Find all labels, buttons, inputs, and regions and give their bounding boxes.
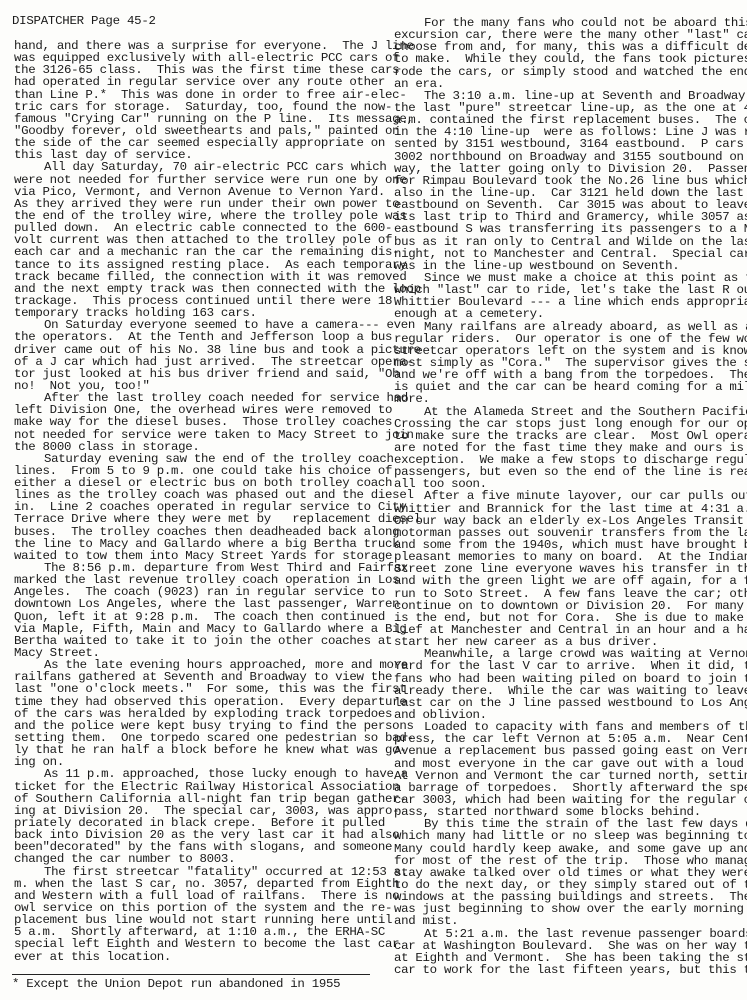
text-line: the 8000 class in storage. <box>14 441 374 453</box>
text-line: track became filled, the connection with… <box>14 271 374 283</box>
paragraph-start-line: The first streetcar "fatality" occurred … <box>14 866 374 878</box>
text-line: than Line P.* This was done in order to … <box>14 89 374 101</box>
text-line: enough at a cemetery. <box>394 308 744 320</box>
text-line: the operators. At the Tenth and Jefferso… <box>14 331 374 343</box>
text-line: Crossing the car stops just long enough … <box>394 418 744 430</box>
text-line: ly that he ran half a block before he kn… <box>14 744 374 756</box>
text-line: and with the green light we are off agai… <box>394 575 744 587</box>
text-line: and most everyone in the car gave out wi… <box>394 758 744 770</box>
text-line: tance to its assigned resting place. As … <box>14 259 374 271</box>
paragraph-start-line: All day Saturday, 70 air-electric PCC ca… <box>14 161 374 173</box>
text-line: were not needed for further service were… <box>14 174 374 186</box>
text-line: not needed for service were taken to Mac… <box>14 429 374 441</box>
text-line: Whittier and Brannick for the last time … <box>394 503 744 515</box>
text-line: 3002 northbound on Broadway and 3155 sou… <box>394 151 744 163</box>
text-line: bus as it ran only to Central and Wilde … <box>394 236 744 248</box>
text-line: and mist. <box>394 915 744 927</box>
text-line: more. <box>394 393 744 405</box>
text-line: via Pico, Vermont, and Vernon Avenue to … <box>14 186 374 198</box>
text-line: time they had observed this operation. E… <box>14 696 374 708</box>
text-line: Quon, left it at 9:28 p.m. The coach the… <box>14 611 374 623</box>
text-line: regular riders. Our operator is one of t… <box>394 333 744 345</box>
text-line: of a J car which had just arrived. The s… <box>14 356 374 368</box>
paragraph-start-line: Many railfans are already aboard, as wel… <box>394 321 744 333</box>
text-line: which many had little or no sleep was be… <box>394 830 744 842</box>
text-line: ticket for the Electric Railway Historic… <box>14 781 374 793</box>
document-page: DISPATCHER Page 45-2 hand, and there was… <box>0 0 747 1000</box>
text-line: way, the latter going only to Division 2… <box>394 163 744 175</box>
footnote: * Except the Union Depot run abandoned i… <box>12 977 340 991</box>
text-line: last "one o'clock meets." For some, this… <box>14 683 374 695</box>
text-line: eastbound S was transferring its passeng… <box>394 223 744 235</box>
text-line: changed the car number to 8003. <box>14 853 374 865</box>
text-line: ever at this location. <box>14 951 374 963</box>
paragraph-start-line: As 11 p.m. approached, those lucky enoug… <box>14 768 374 780</box>
text-line: make way for the diesel buses. Those tro… <box>14 416 374 428</box>
text-line: to make. While they could, the fans took… <box>394 53 744 65</box>
text-line: is quiet and the car can be heard coming… <box>394 381 744 393</box>
left-column: hand, and there was a surprise for every… <box>14 40 374 963</box>
paragraph-start-line: At 5:21 a.m. the last revenue passenger … <box>394 928 744 940</box>
text-line: Yard for the last V car to arrive. When … <box>394 660 744 672</box>
text-line: rode the cars, or simply stood and watch… <box>394 66 744 78</box>
text-line: fans who had been waiting piled on board… <box>394 673 744 685</box>
text-line: sented by 3151 westbound, 3164 eastbound… <box>394 138 744 150</box>
text-line: Terrace Drive where they were met by rep… <box>14 513 374 525</box>
text-line: Many could hardly keep awake, and some g… <box>394 843 744 855</box>
right-column: For the many fans who could not be aboar… <box>394 17 744 976</box>
text-line: run to Soto Street. A few fans leave the… <box>394 588 744 600</box>
text-line: downtown Los Angeles, where the last pas… <box>14 598 374 610</box>
text-line: driver came out of his No. 38 line bus a… <box>14 344 374 356</box>
text-line: each car and a mechanic ran the car the … <box>14 246 374 258</box>
text-line: night, not to Manchester and Central. Sp… <box>394 248 744 260</box>
footnote-divider <box>12 974 370 975</box>
text-line: car to work for the last fifteen years, … <box>394 964 744 976</box>
text-line: had operated in regular service over any… <box>14 76 374 88</box>
text-line: Avenue a replacement bus passed going ea… <box>394 745 744 757</box>
paragraph-start-line: After a five minute layover, our car pul… <box>394 490 744 502</box>
page-header: DISPATCHER Page 45-2 <box>12 14 156 28</box>
text-line: special left Eighth and Western to becom… <box>14 938 374 950</box>
text-line: car at Washington Boulevard. She was on … <box>394 940 744 952</box>
paragraph-start-line: At the Alameda Street and the Southern P… <box>394 406 744 418</box>
text-line: buses. The trolley coaches then deadhead… <box>14 526 374 538</box>
